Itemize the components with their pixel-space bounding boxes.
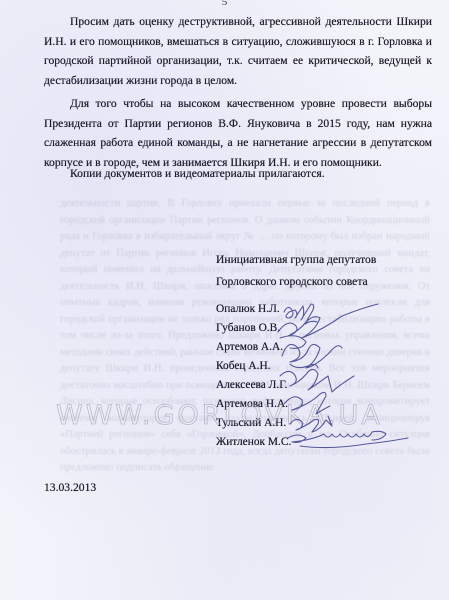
signer-name: Губанов О.В. xyxy=(216,319,291,338)
signature-group-heading-line1: Инициативная группа депутатов xyxy=(216,250,376,270)
document-page: деятельности партии. В Горловку приехали… xyxy=(0,0,449,600)
signer-name: Алексеева Л.Г. xyxy=(216,376,291,395)
paragraph-election: Для того чтобы на высоком качественном у… xyxy=(44,94,432,172)
watermark: WWW.GORLOVKA.UA xyxy=(56,400,383,431)
document-date: 13.03.2013 xyxy=(44,481,96,494)
signature-group-heading-line2: Горловского городского совета xyxy=(216,272,368,292)
signer-name: Житленок М.С. xyxy=(216,433,291,452)
signer-name: Артемов А.А. xyxy=(216,338,291,357)
paragraph-attachments: Копии документов и видеоматериалы прилаг… xyxy=(44,164,432,184)
signer-name: Кобец А.Н. xyxy=(216,357,291,376)
paragraph-request: Просим дать оценку деструктивной, агресс… xyxy=(44,12,432,90)
page-number: 5 xyxy=(0,0,449,8)
signer-name: Опалюк Н.Л. xyxy=(216,300,291,319)
